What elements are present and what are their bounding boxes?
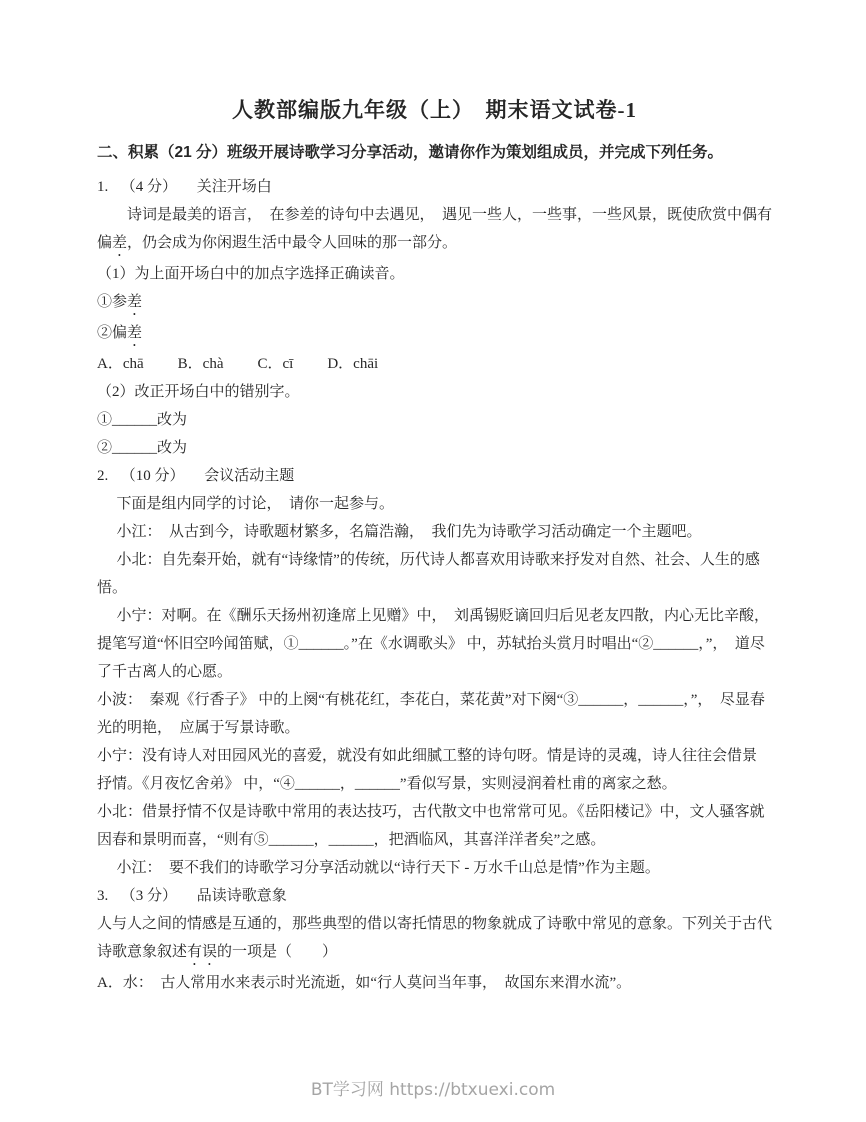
q1-number: 1. [97,173,117,201]
q1-opening-dotted-char: 差 [112,235,127,251]
q1-word2-prefix: ②偏 [97,325,127,341]
dialogue-text: 借景抒情不仅是诗歌中常用的表达技巧，古代散文中也常常可见。《岳阳楼记》中，文人骚… [97,804,765,848]
question-2: 2. （10 分） 会议活动主题 下面是组内同学的讨论， 请你一起参与。 小江：… [97,462,772,882]
q1-word2-dotted-char: 差 [127,325,142,341]
q3-title: 品读诗歌意象 [197,888,287,904]
speaker-label: 小江： [117,524,155,540]
q1-word1-dotted-char: 差 [127,294,142,310]
pinyin-option-c: C．cī [257,350,293,378]
section-heading: 二、积累（21 分）班级开展诗歌学习分享活动，邀请你作为策划组成员，并完成下列任… [97,140,772,166]
q3-stem-dotted: 有误 [187,944,217,960]
dialogue-line: 小北：借景抒情不仅是诗歌中常用的表达技巧，古代散文中也常常可见。《岳阳楼记》中，… [97,798,772,854]
dialogue-line: 小宁：没有诗人对田园风光的喜爱，就没有如此细腻工整的诗句呀。情是诗的灵魂，诗人往… [97,742,772,798]
q1-correction-blank-2: ②______改为 [97,434,772,462]
watermark-footer: BT学习网 https://btxuexi.com [0,1075,866,1100]
q1-pinyin-options: A．chā B．chà C．cī D．chāi [97,350,772,378]
page-title: 人教部编版九年级（上） 期末语文试卷-1 [97,96,772,124]
speaker-label: 小江： [117,860,155,876]
q3-option-a: A．水： 古人常用水来表示时光流逝，如“行人莫问当年事， 故国东来渭水流”。 [97,969,772,997]
q3-head: 3. （3 分） 品读诗歌意象 [97,882,772,910]
dialogue-line: 小波： 秦观《行香子》 中的上阕“有桃花红，李花白，菜花黄”对下阕“③_____… [97,686,772,742]
question-3: 3. （3 分） 品读诗歌意象 人与人之间的情感是互通的，那些典型的借以寄托情思… [97,882,772,997]
q2-head: 2. （10 分） 会议活动主题 [97,462,772,490]
q3-number: 3. [97,882,117,910]
q2-intro: 下面是组内同学的讨论， 请你一起参与。 [97,490,772,518]
q2-score: （10 分） [121,468,185,484]
speaker-label: 小波： [97,692,135,708]
q1-word1-prefix: ①参 [97,294,127,310]
dialogue-line: 小宁：对啊。在《酬乐天扬州初逢席上见赠》中， 刘禹锡贬谪回归后见老友四散，内心无… [97,602,772,686]
dialogue-text: 从古到今，诗歌题材繁多，名篇浩瀚， 我们先为诗歌学习活动确定一个主题吧。 [154,524,702,540]
dialogue-text: 秦观《行香子》 中的上阕“有桃花红，李花白，菜花黄”对下阕“③______，__… [97,692,765,736]
dialogue-text: 自先秦开始，就有“诗缘情”的传统，历代诗人都喜欢用诗歌来抒发对自然、社会、人生的… [97,552,760,596]
exam-page: 人教部编版九年级（上） 期末语文试卷-1 二、积累（21 分）班级开展诗歌学习分… [0,0,866,1122]
pinyin-option-a: A．chā [97,350,144,378]
q3-stem: 人与人之间的情感是互通的，那些典型的借以寄托情思的物象就成了诗歌中常见的意象。下… [97,910,772,969]
q3-score: （3 分） [121,888,177,904]
speaker-label: 小宁： [117,608,162,624]
speaker-label: 小北： [117,552,162,568]
q1-part2-label: （2）改正开场白中的错别字。 [97,378,772,406]
q2-title: 会议活动主题 [204,468,294,484]
q1-opening-paragraph: 诗词是最美的语言， 在参差的诗句中去遇见， 遇见一些人，一些事，一些风景，既使欣… [97,201,772,260]
q1-opening-after: ，仍会成为你闲遐生活中最令人回味的那一部分。 [127,235,457,251]
dialogue-line: 小江： 要不我们的诗歌学习分享活动就以“诗行天下 - 万水千山总是情”作为主题。 [97,854,772,882]
q1-head: 1. （4 分） 关注开场白 [97,173,772,201]
q1-title: 关注开场白 [197,179,272,195]
pinyin-option-d: D．chāi [327,350,378,378]
q1-part1-label: （1）为上面开场白中的加点字选择正确读音。 [97,260,772,288]
q1-score: （4 分） [121,179,177,195]
dialogue-text: 对啊。在《酬乐天扬州初逢席上见赠》中， 刘禹锡贬谪回归后见老友四散，内心无比辛酸… [97,608,769,680]
speaker-label: 小宁： [97,748,142,764]
q3-stem-after: 的一项是（ ） [217,944,337,960]
pinyin-option-b: B．chà [178,350,224,378]
q2-number: 2. [97,462,117,490]
question-1: 1. （4 分） 关注开场白 诗词是最美的语言， 在参差的诗句中去遇见， 遇见一… [97,173,772,462]
q1-correction-blank-1: ①______改为 [97,406,772,434]
q1-word-2: ②偏差 [97,319,772,350]
dialogue-line: 小北：自先秦开始，就有“诗缘情”的传统，历代诗人都喜欢用诗歌来抒发对自然、社会、… [97,546,772,602]
dialogue-text: 没有诗人对田园风光的喜爱，就没有如此细腻工整的诗句呀。情是诗的灵魂，诗人往往会借… [97,748,757,792]
dialogue-line: 小江： 从古到今，诗歌题材繁多，名篇浩瀚， 我们先为诗歌学习活动确定一个主题吧。 [97,518,772,546]
q1-word-1: ①参差 [97,288,772,319]
dialogue-text: 要不我们的诗歌学习分享活动就以“诗行天下 - 万水千山总是情”作为主题。 [154,860,660,876]
speaker-label: 小北： [97,804,142,820]
